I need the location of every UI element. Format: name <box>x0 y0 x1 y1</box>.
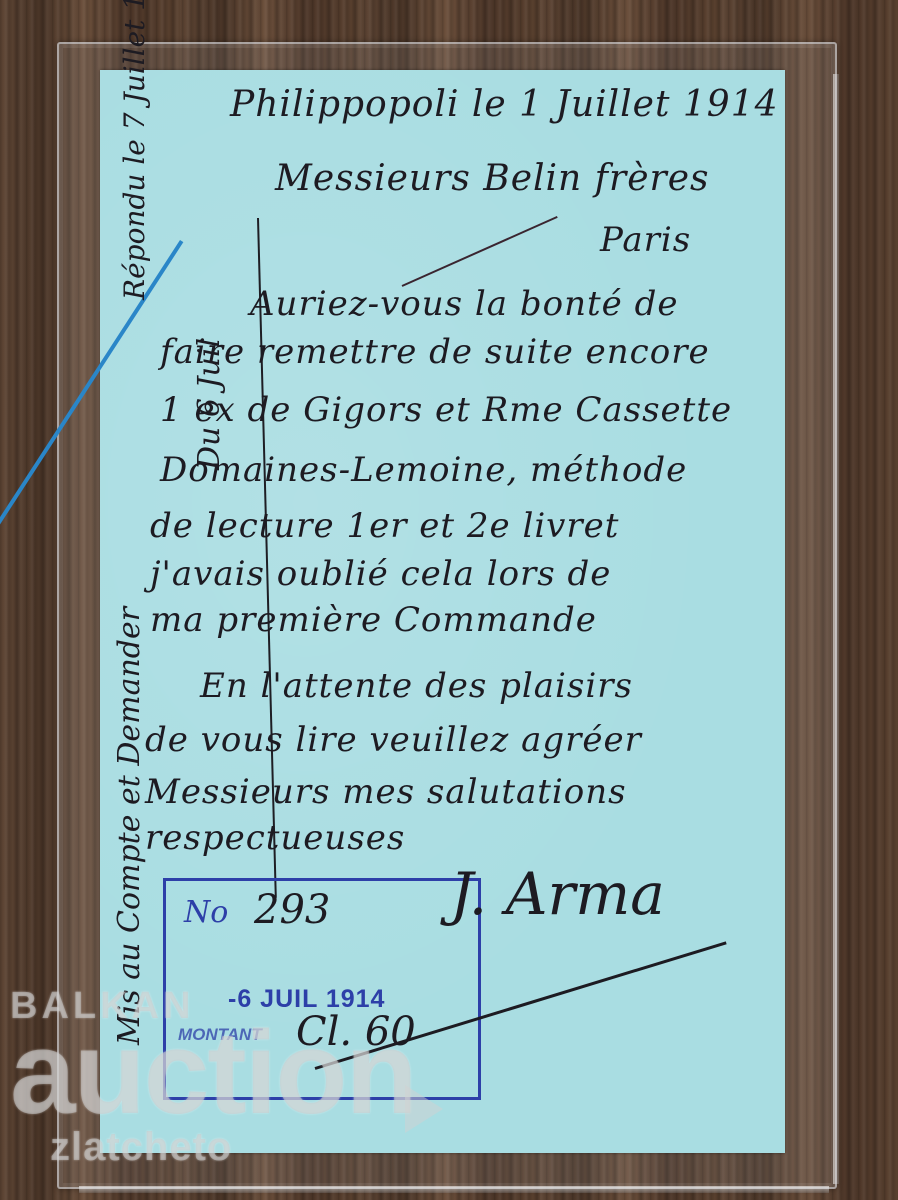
body-line-10: Messieurs mes salutations <box>145 772 627 812</box>
body-line-1: Auriez-vous la bonté de <box>250 284 679 324</box>
dark-ink-strike <box>402 216 558 287</box>
city: Paris <box>600 220 691 260</box>
body-line-2: faire remettre de suite encore <box>160 332 710 372</box>
sleeve-edge-right <box>833 74 839 1184</box>
body-line-7: ma première Commande <box>150 600 597 640</box>
stamp-number-value: 293 <box>254 887 330 933</box>
body-line-8: En l'attente des plaisirs <box>200 666 633 706</box>
body-line-6: j'avais oublié cela lors de <box>150 554 611 594</box>
margin-note-middle: Du 6 Juil <box>192 338 227 470</box>
sleeve-edge-bottom <box>79 1186 829 1193</box>
stamp-amount-label: MONTANT <box>178 1025 262 1045</box>
body-line-9: de vous lire veuillez agréer <box>145 720 642 760</box>
body-line-5: de lecture 1er et 2e livret <box>150 506 619 546</box>
margin-note-top: Répondu le 7 Juillet 1914 <box>118 0 151 300</box>
stamp-amount-value: Cl. 60 <box>296 1009 416 1055</box>
stamp-number-label: No <box>184 895 228 930</box>
signature: J. Arma <box>450 860 665 928</box>
postcard: Philippopoli le 1 Juillet 1914 Messieurs… <box>100 70 785 1153</box>
margin-note-bottom: Mis au Compte et Demander <box>112 607 147 1045</box>
body-line-11: respectueuses <box>145 818 405 858</box>
body-line-4: Domaines-Lemoine, méthode <box>160 450 687 490</box>
body-line-3: 1 ex de Gigors et Rme Cassette <box>160 390 732 430</box>
addressee: Messieurs Belin frères <box>275 158 710 199</box>
dateline: Philippopoli le 1 Juillet 1914 <box>230 84 779 125</box>
